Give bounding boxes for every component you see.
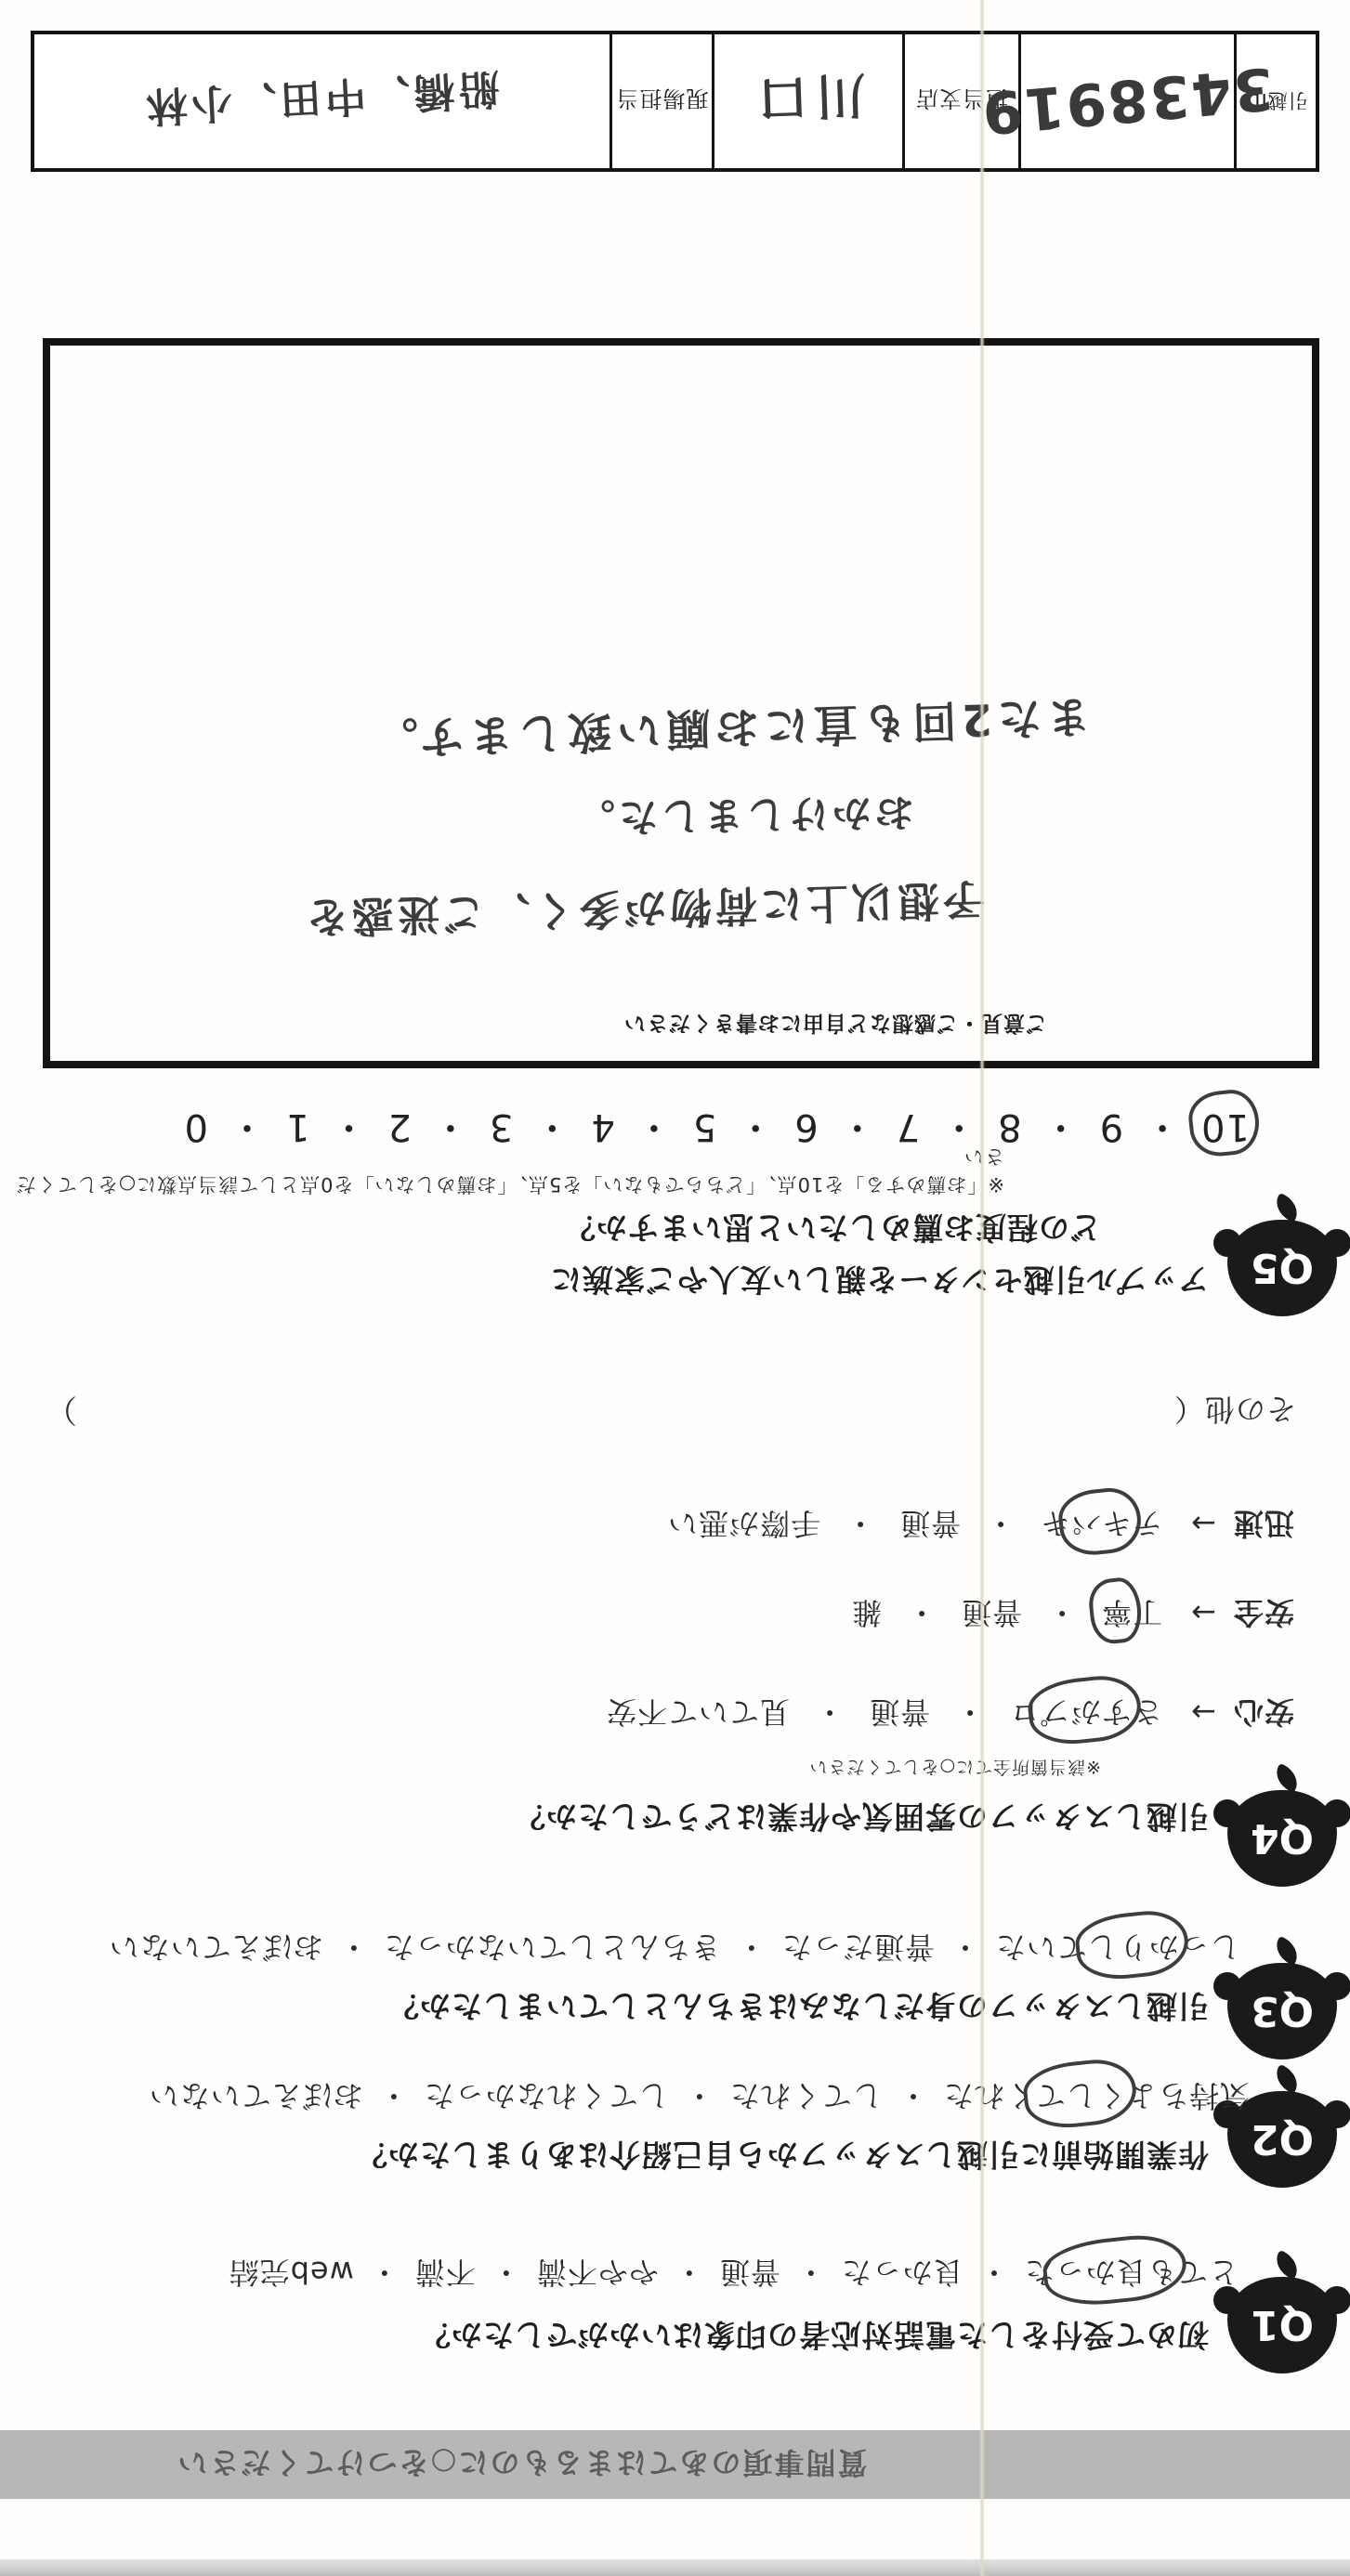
option[interactable]: おぼえていない [109, 1929, 323, 1965]
arrow-right-icon: → [1190, 1595, 1216, 1630]
q4-row-anshin[interactable]: 安心→さすがプロ・普通・見ていて不安 [606, 1693, 1294, 1735]
option-separator-dot: ・ [985, 1506, 1016, 1541]
option-text: テ [1132, 1506, 1162, 1541]
scale-separator-dot: ・ [1143, 1105, 1181, 1148]
option-separator-dot: ・ [950, 1929, 980, 1965]
q4-other-close-paren: ） [45, 1391, 77, 1428]
comment-box[interactable]: ご意見・ご感想など自由にお書きください 予想以上に荷物が多く、ご迷惑を おかけし… [43, 338, 1319, 1068]
option[interactable]: 普通 [719, 2255, 780, 2290]
scale-number[interactable]: 7 [896, 1105, 920, 1148]
option[interactable]: 手際が悪い [667, 1506, 820, 1541]
hand-circle-mark: 寧 [1101, 1593, 1132, 1636]
instruction-banner-text: 質問事項のあてはまるものに○をつけてください [177, 2443, 868, 2486]
option-text: 気持ちよ [1127, 2078, 1250, 2113]
q4-badge-label: Q4 [1251, 1815, 1314, 1863]
option-separator-dot: ・ [795, 2255, 826, 2290]
option-separator-dot: ・ [1046, 1595, 1077, 1630]
scale-number[interactable]: 4 [590, 1105, 614, 1148]
option-text: とて [1177, 2255, 1239, 2290]
q4-other-label: その他（ [1173, 1392, 1296, 1427]
scan-edge-shadow [0, 2559, 1350, 2576]
option-text: 丁 [1132, 1595, 1162, 1630]
arrow-right-icon: → [1190, 1694, 1216, 1730]
q5-nps-scale[interactable]: 10・9・8・7・6・5・4・3・2・1・0 [184, 1104, 1250, 1157]
scale-number[interactable]: 8 [997, 1105, 1021, 1148]
q1-badge-tail-icon [1270, 2250, 1303, 2281]
option[interactable]: してくれた [729, 2078, 883, 2113]
scale-number[interactable]: 3 [489, 1105, 513, 1148]
paper-fold-crease [979, 0, 985, 2576]
option[interactable]: 不満 [414, 2255, 476, 2290]
scanned-survey-page-upside-down: 質問事項のあてはまるものに○をつけてください Q1 初めて受付をした電話対応者の… [0, 0, 1350, 2576]
option-separator-dot: ・ [898, 2078, 928, 2113]
scale-number[interactable]: 0 [184, 1105, 208, 1148]
option-text: た [1024, 2255, 1055, 2290]
option-text: くれた [943, 2078, 1035, 2113]
q3-badge: Q3 [1227, 1963, 1337, 2059]
hand-circle-mark: かりし [1087, 1928, 1179, 1970]
move-id-handwritten-value: 3438919 [978, 55, 1277, 148]
q4-row-anshin-label: 安心 [1233, 1694, 1294, 1730]
q5-badge: Q5 [1227, 1220, 1337, 1316]
option-separator-dot: ・ [845, 1506, 875, 1541]
staff-value-cell[interactable]: 船橋、中田、小林 [34, 34, 609, 168]
option[interactable]: 見ていて不安 [606, 1694, 790, 1730]
scale-separator-dot: ・ [939, 1105, 977, 1148]
option-separator-dot: ・ [369, 2255, 400, 2290]
q4-badge-tail-icon [1270, 1763, 1303, 1794]
q2-badge-tail-icon [1270, 2064, 1303, 2095]
option-text: しっ [1179, 1929, 1240, 1965]
q5-question-line1: アップル引越センターを親しい友人やご家族に [550, 1260, 1209, 1303]
q4-row-anzen[interactable]: 安全→丁寧・普通・雑 [851, 1593, 1294, 1636]
q2-options[interactable]: 気持ちよくしてくれた・してくれた・してくれなかった・おぼえていない [149, 2076, 1250, 2119]
q1-options[interactable]: とても良かった・良かった・普通・やや不満・不満・web完結 [229, 2253, 1239, 2295]
option[interactable]: おぼえていない [149, 2078, 363, 2113]
scale-number[interactable]: 9 [1099, 1105, 1123, 1148]
q4-row-anzen-label: 安全 [1233, 1595, 1294, 1630]
option[interactable]: 丁寧 [1101, 1595, 1162, 1630]
scale-separator-dot: ・ [736, 1105, 774, 1148]
option[interactable]: 気持ちよくしてくれた [943, 2078, 1250, 2113]
option-separator-dot: ・ [338, 1929, 369, 1965]
option-separator-dot: ・ [684, 2078, 714, 2113]
q5-question-line2: どの程度お薦めしたいと思いますか？ [564, 1208, 1101, 1251]
hand-circle-mark: キパ [1070, 1504, 1132, 1547]
option-separator-dot: ・ [378, 2078, 409, 2113]
scale-separator-dot: ・ [532, 1105, 570, 1148]
option[interactable]: テキパキ [1040, 1506, 1162, 1541]
option-text: ていた [995, 1929, 1087, 1965]
option[interactable]: さすがプロ [1009, 1694, 1162, 1730]
scale-separator-dot: ・ [431, 1105, 469, 1148]
q1-question: 初めて受付をした電話対応者の印象はいかがでしたか？ [419, 2315, 1209, 2359]
q4-question: 引越しスタッフの雰囲気や作業はどうでしたか？ [514, 1797, 1209, 1840]
q2-badge-label: Q2 [1251, 2116, 1314, 2164]
footer-info-table: 引越ID 3438919 担当支店 川口 現場担当 船橋、中田、小林 [31, 31, 1319, 172]
option-text: キ [1040, 1506, 1070, 1541]
scale-number[interactable]: 6 [793, 1105, 818, 1148]
hand-circle-mark: も良かっ [1055, 2253, 1177, 2295]
scale-separator-dot: ・ [228, 1105, 266, 1148]
option-text: ロ [1009, 1694, 1040, 1730]
scale-number[interactable]: 2 [387, 1105, 411, 1148]
scale-number[interactable]: 1 [285, 1105, 309, 1148]
hand-circle-mark: すがプ [1040, 1693, 1132, 1735]
option[interactable]: 普通 [869, 1694, 930, 1730]
q4-other-row[interactable]: その他（） [45, 1390, 1296, 1435]
branch-handwritten-value: 川口 [750, 63, 868, 138]
option-separator-dot: ・ [674, 2255, 704, 2290]
staff-label: 現場担当 [616, 85, 709, 118]
hand-circle-mark: くして [1035, 2076, 1127, 2119]
q1-badge-label: Q1 [1251, 2302, 1314, 2349]
scale-separator-dot: ・ [635, 1105, 673, 1148]
option[interactable]: 良かった [841, 2255, 963, 2290]
q2-question: 作業開始前に引越しスタッフから自己紹介はありましたか？ [356, 2135, 1209, 2178]
move-id-value-cell[interactable]: 3438919 [1018, 34, 1234, 168]
q3-question: 引越しスタッフの身だしなみはきちんとしていましたか？ [387, 1986, 1209, 2030]
scale-number[interactable]: 5 [692, 1105, 716, 1148]
option[interactable]: きちんとしていなかった [384, 1929, 721, 1965]
option-separator-dot: ・ [736, 1929, 767, 1965]
option[interactable]: 雑 [851, 1595, 882, 1630]
arrow-right-icon: → [1190, 1506, 1216, 1541]
option-separator-dot: ・ [491, 2255, 521, 2290]
scale-number-circled[interactable]: 10 [1200, 1105, 1250, 1148]
option[interactable]: やや不満 [536, 2255, 659, 2290]
staff-handwritten-names: 船橋、中田、小林 [142, 62, 502, 140]
option[interactable]: してくれなかった [424, 2078, 669, 2113]
branch-value-cell[interactable]: 川口 [712, 34, 902, 168]
scale-separator-dot: ・ [838, 1105, 876, 1148]
scale-separator-dot: ・ [329, 1105, 367, 1148]
q4-row-anzen-options[interactable]: 丁寧・普通・雑 [851, 1595, 1162, 1630]
option-separator-dot: ・ [906, 1595, 937, 1630]
q4-row-anshin-options[interactable]: さすがプロ・普通・見ていて不安 [606, 1694, 1162, 1730]
q4-badge: Q4 [1227, 1790, 1337, 1887]
q3-badge-tail-icon [1270, 1936, 1303, 1967]
option[interactable]: とても良かった [1024, 2255, 1239, 2290]
q5-badge-tail-icon [1270, 1193, 1303, 1223]
q4-row-jinsoku-options[interactable]: テキパキ・普通・手際が悪い [667, 1506, 1162, 1541]
instruction-banner: 質問事項のあてはまるものに○をつけてください [0, 2430, 1350, 2499]
option-text: さ [1132, 1694, 1162, 1730]
scale-separator-dot: ・ [1042, 1105, 1080, 1148]
option[interactable]: 普通だった [781, 1929, 935, 1965]
staff-label-cell: 現場担当 [609, 34, 712, 168]
q3-badge-label: Q3 [1251, 1988, 1314, 2035]
option[interactable]: 普通 [961, 1595, 1022, 1630]
option-separator-dot: ・ [814, 1694, 845, 1730]
q1-badge: Q1 [1227, 2277, 1337, 2373]
q5-badge-label: Q5 [1251, 1245, 1314, 1292]
option[interactable]: しっかりしていた [995, 1929, 1240, 1965]
option[interactable]: 普通 [899, 1506, 961, 1541]
handwritten-comment-line2: おかけしました。 [571, 787, 914, 848]
option[interactable]: web完結 [229, 2255, 354, 2290]
handwritten-comment-line1: 予想以上に荷物が多く、ご迷惑を [302, 872, 986, 951]
q3-options[interactable]: しっかりしていた・普通だった・きちんとしていなかった・おぼえていない [109, 1928, 1240, 1970]
q4-row-jinsoku-label: 迅速 [1233, 1506, 1294, 1541]
q4-note: ※該当箇所全てに○をしてください [809, 1756, 1102, 1781]
